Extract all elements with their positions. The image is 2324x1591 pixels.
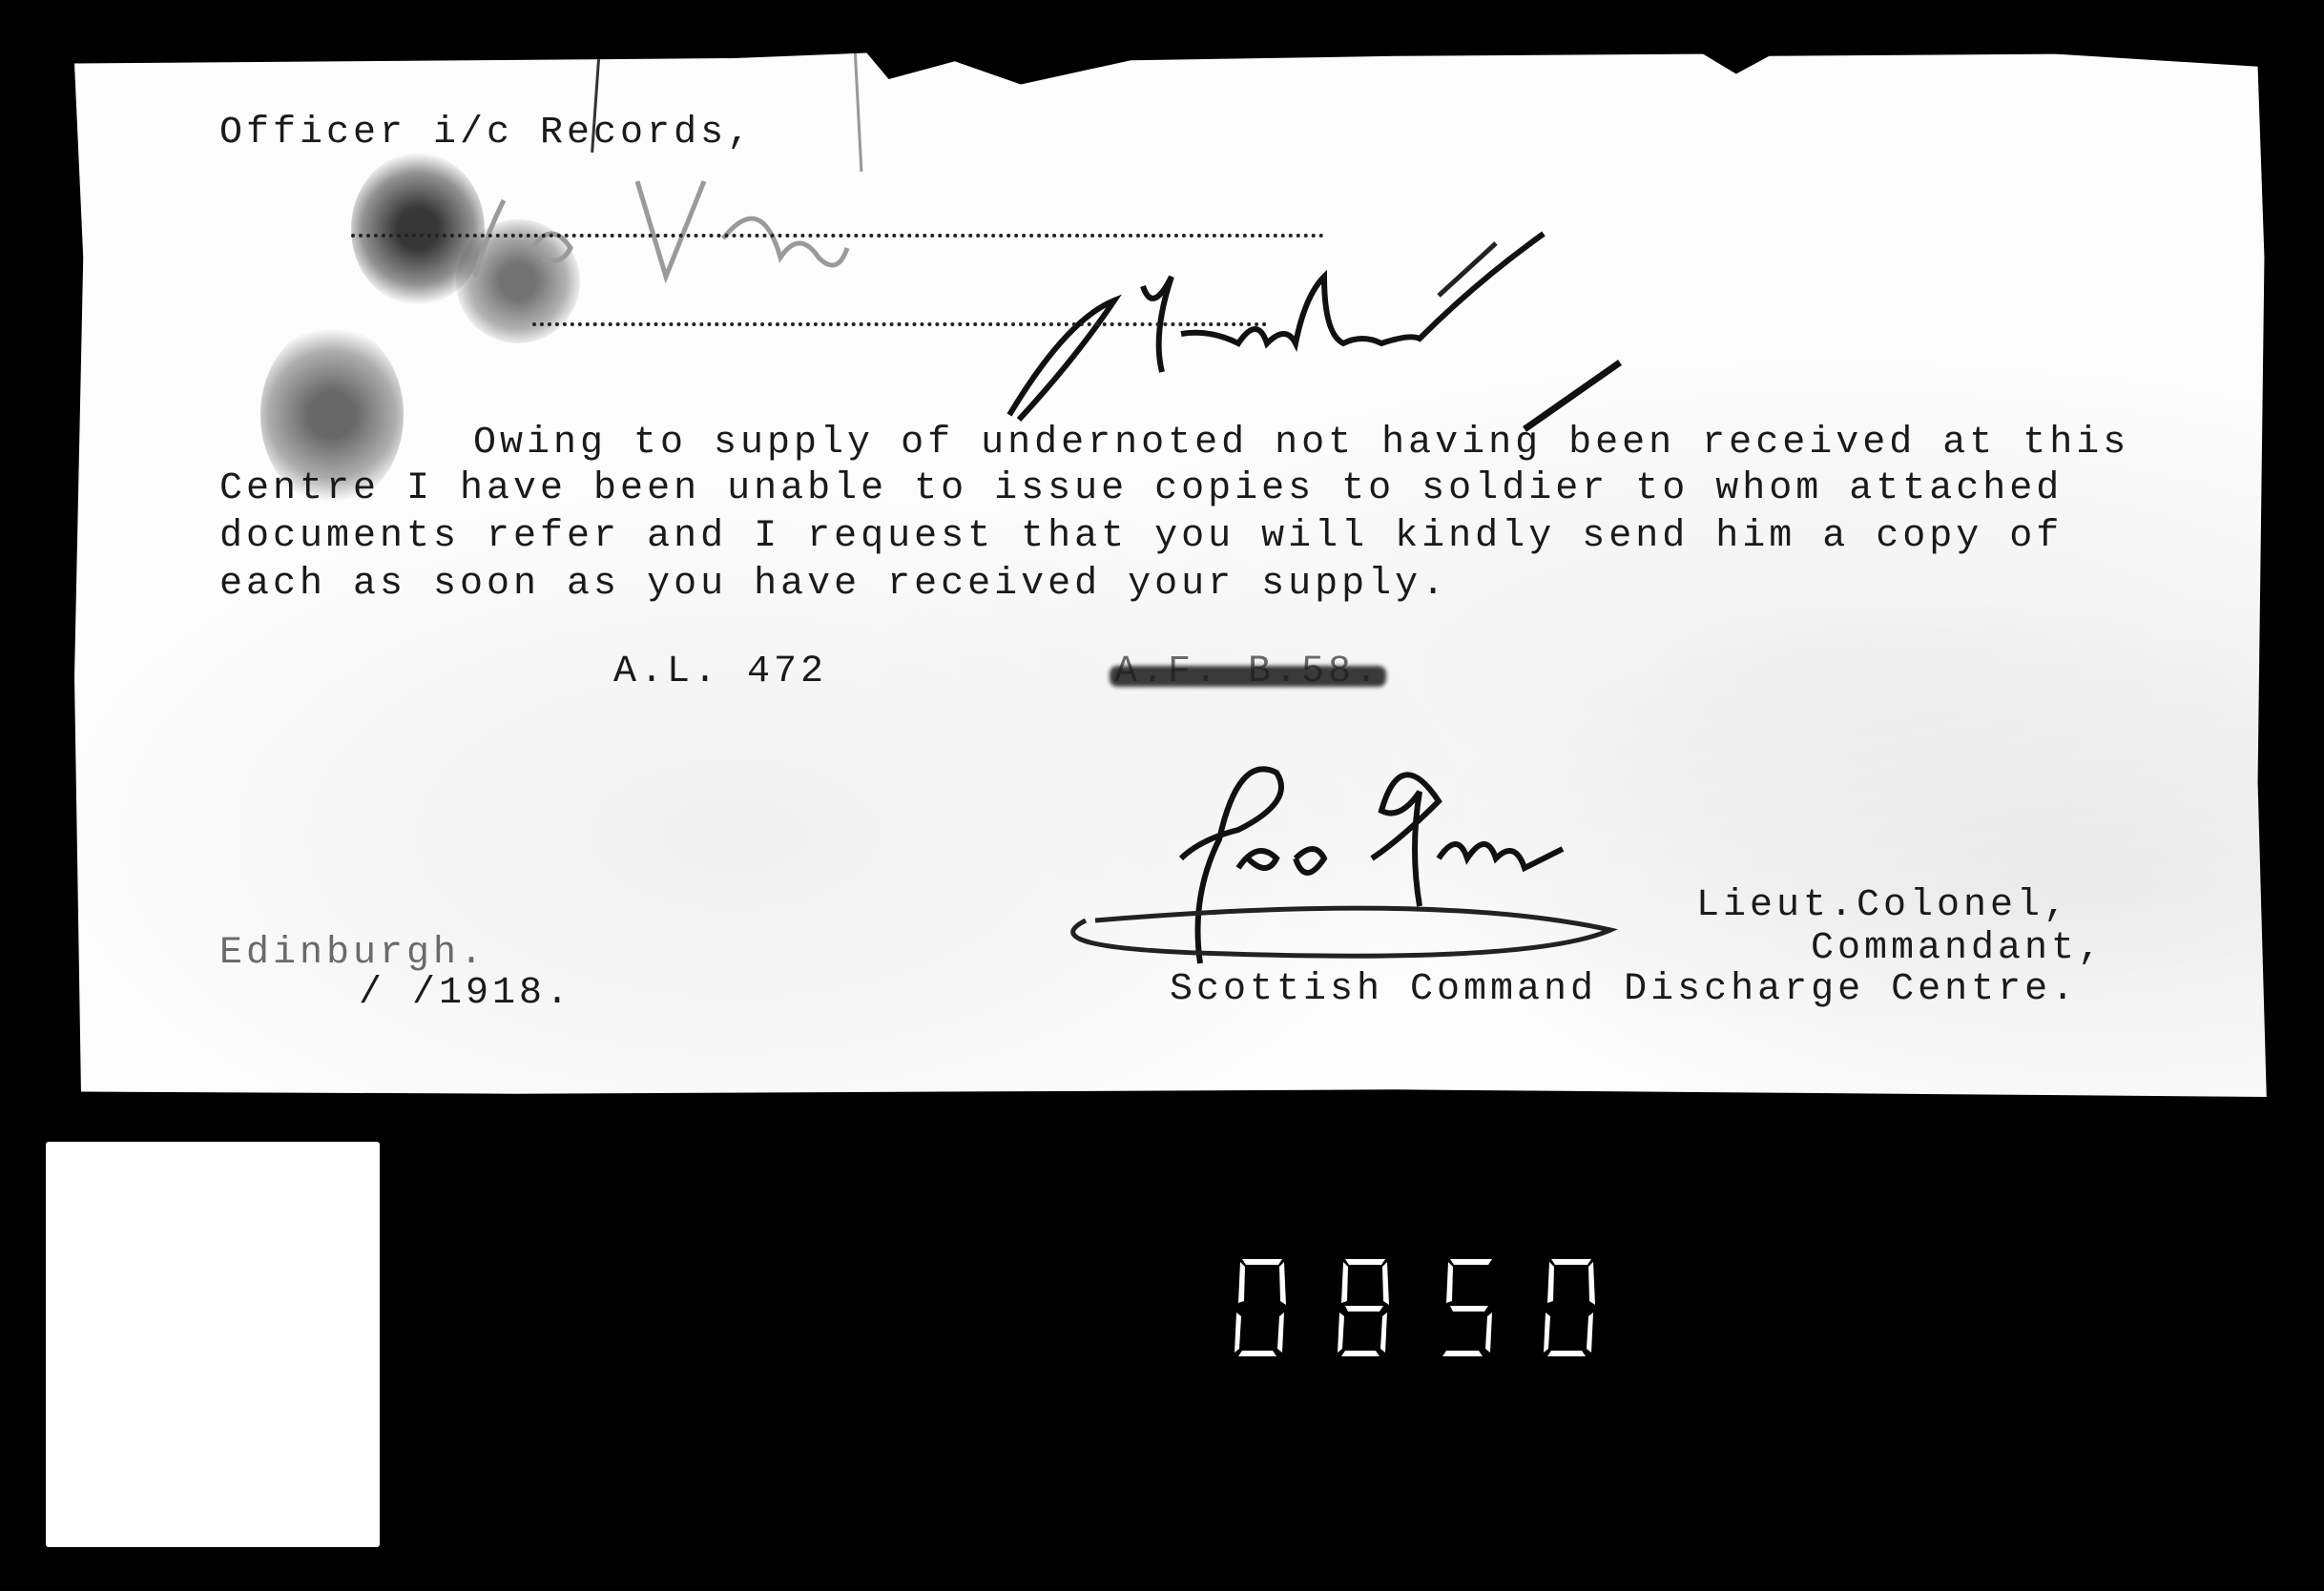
address-dotted-line-2	[532, 322, 1267, 326]
counter-digit-8	[1334, 1257, 1393, 1360]
date: / /1918.	[359, 975, 572, 1013]
counter-digit-0	[1231, 1257, 1290, 1360]
body-line-1: Owing to supply of undernoted not having…	[473, 424, 2129, 463]
body-line-4: each as soon as you have received your s…	[219, 566, 1448, 604]
body-line-3: documents refer and I request that you w…	[219, 518, 2063, 556]
signatory-title: Commandant,	[1811, 930, 2105, 968]
counter-digit-0	[1540, 1257, 1599, 1360]
body-line-2: Centre I have been unable to issue copie…	[219, 470, 2063, 508]
blank-card	[46, 1142, 380, 1547]
frame-counter	[1231, 1257, 1599, 1360]
place: Edinburgh.	[219, 935, 487, 973]
signatory-unit: Scottish Command Discharge Centre.	[1170, 971, 2078, 1009]
signature	[1057, 734, 1839, 1002]
signatory-rank: Lieut.Colonel,	[1696, 887, 2070, 925]
form-reference: A.L. 472	[613, 653, 827, 692]
counter-digit-5	[1437, 1257, 1496, 1360]
document-page: Officer i/c Records, Owing to supply of …	[74, 48, 2275, 1097]
strike-through-mark	[1110, 666, 1386, 687]
